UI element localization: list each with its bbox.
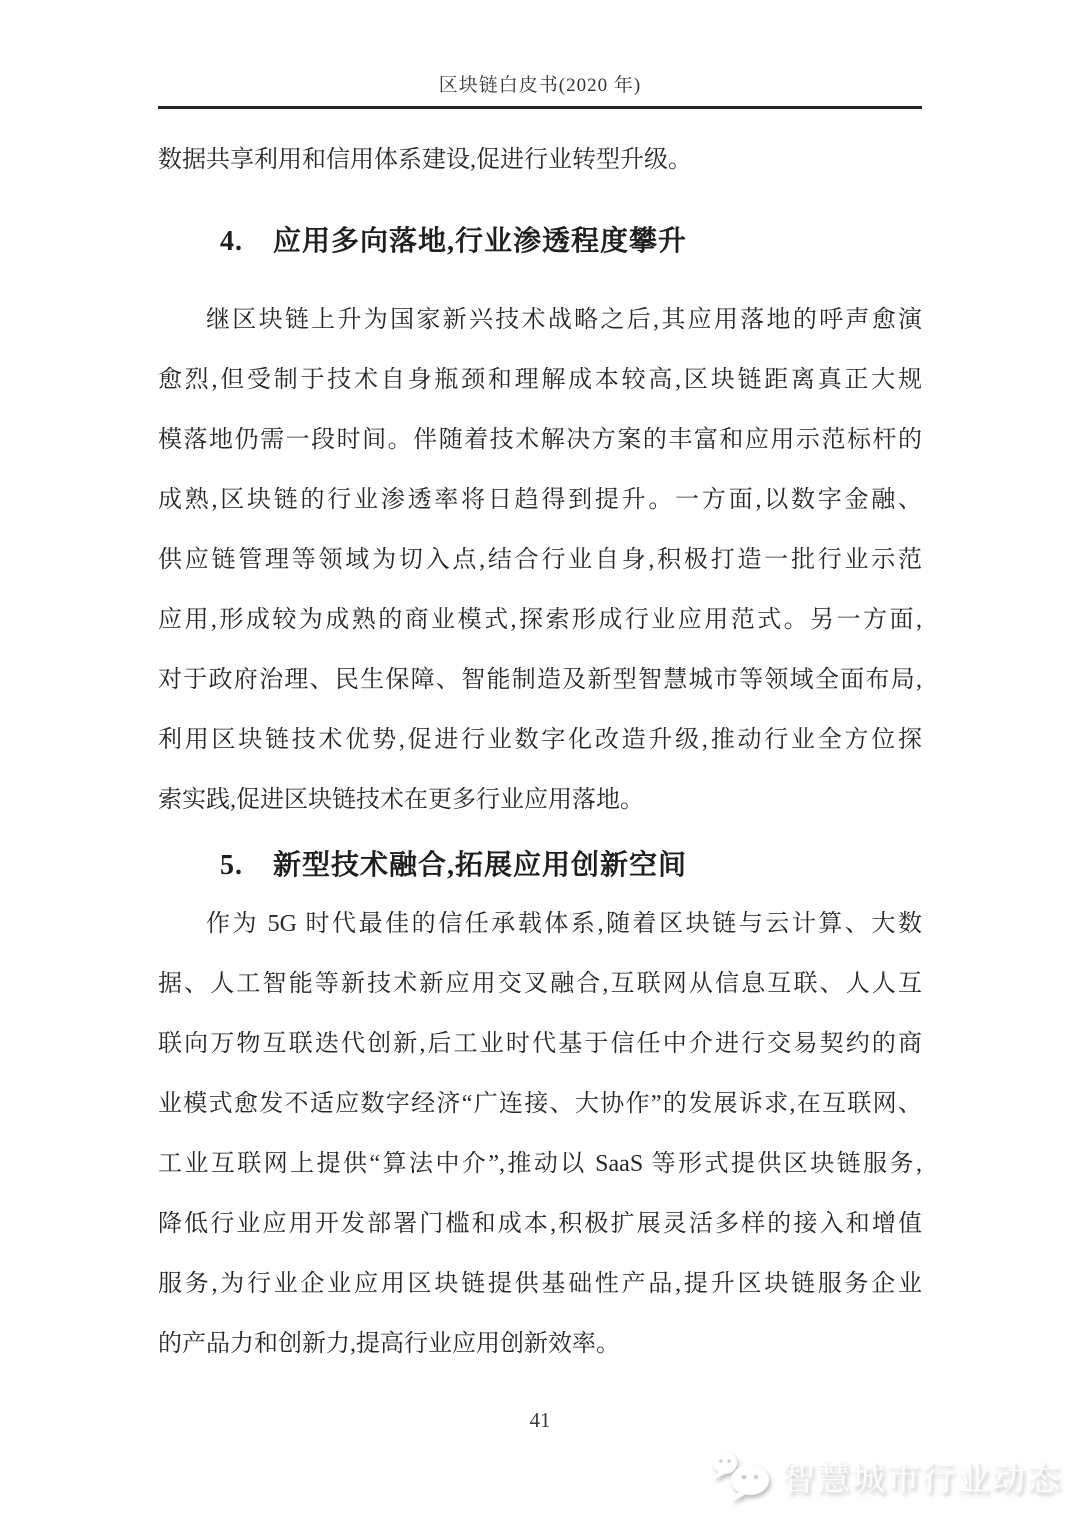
body-line: 利用区块链技术优势,促进行业数字化改造升级,推动行业全方位探 [158,710,922,770]
paragraph-section-5: 作为 5G 时代最佳的信任承载体系,随着区块链与云计算、大数 据、人工智能等新技… [158,894,922,1374]
page-footer: 41 [0,1408,1080,1433]
document-page: 区块链白皮书(2020 年) 数据共享利用和信用体系建设,促进行业转型升级。 4… [0,0,1080,1528]
body-line: 数据共享利用和信用体系建设,促进行业转型升级。 [158,130,922,190]
body-line: 继区块链上升为国家新兴技术战略之后,其应用落地的呼声愈演 [158,290,922,350]
section-number: 5. [220,846,243,886]
body-line: 工业互联网上提供“算法中介”,推动以 SaaS 等形式提供区块链服务, [158,1134,922,1194]
body-line: 服务,为行业企业应用区块链提供基础性产品,提升区块链服务企业 [158,1254,922,1314]
page-number: 41 [530,1408,551,1432]
body-line: 模落地仍需一段时间。伴随着技术解决方案的丰富和应用示范标杆的 [158,410,922,470]
body-line: 成熟,区块链的行业渗透率将日趋得到提升。一方面,以数字金融、 [158,470,922,530]
watermark: 智慧城市行业动态 [710,1448,1062,1504]
body-line: 愈烈,但受制于技术自身瓶颈和理解成本较高,区块链距离真正大规 [158,350,922,410]
section-heading-4: 4.应用多向落地,行业渗透程度攀升 [158,222,922,262]
paragraph-section-4: 继区块链上升为国家新兴技术战略之后,其应用落地的呼声愈演 愈烈,但受制于技术自身… [158,290,922,830]
page-content: 数据共享利用和信用体系建设,促进行业转型升级。 4.应用多向落地,行业渗透程度攀… [158,106,922,1374]
body-line: 的产品力和创新力,提高行业应用创新效率。 [158,1314,922,1374]
body-line: 据、人工智能等新技术新应用交叉融合,互联网从信息互联、人人互 [158,954,922,1014]
body-line: 应用,形成较为成熟的商业模式,探索形成行业应用范式。另一方面, [158,590,922,650]
section-number: 4. [220,222,243,262]
running-header-title: 区块链白皮书(2020 年) [158,70,922,97]
body-line: 对于政府治理、民生保障、智能制造及新型智慧城市等领域全面布局, [158,650,922,710]
page-header: 区块链白皮书(2020 年) [158,70,922,109]
body-line: 降低行业应用开发部署门槛和成本,积极扩展灵活多样的接入和增值 [158,1194,922,1254]
body-line: 索实践,促进区块链技术在更多行业应用落地。 [158,770,922,830]
body-line: 联向万物互联迭代创新,后工业时代基于信任中介进行交易契约的商 [158,1014,922,1074]
body-line: 供应链管理等领域为切入点,结合行业自身,积极打造一批行业示范 [158,530,922,590]
wechat-icon [710,1448,774,1504]
section-title: 新型技术融合,拓展应用创新空间 [273,850,687,881]
section-title: 应用多向落地,行业渗透程度攀升 [273,226,687,257]
body-line: 业模式愈发不适应数字经济“广连接、大协作”的发展诉求,在互联网、 [158,1074,922,1134]
section-heading-5: 5.新型技术融合,拓展应用创新空间 [158,846,922,886]
body-line: 作为 5G 时代最佳的信任承载体系,随着区块链与云计算、大数 [158,894,922,954]
watermark-label: 智慧城市行业动态 [782,1453,1062,1500]
